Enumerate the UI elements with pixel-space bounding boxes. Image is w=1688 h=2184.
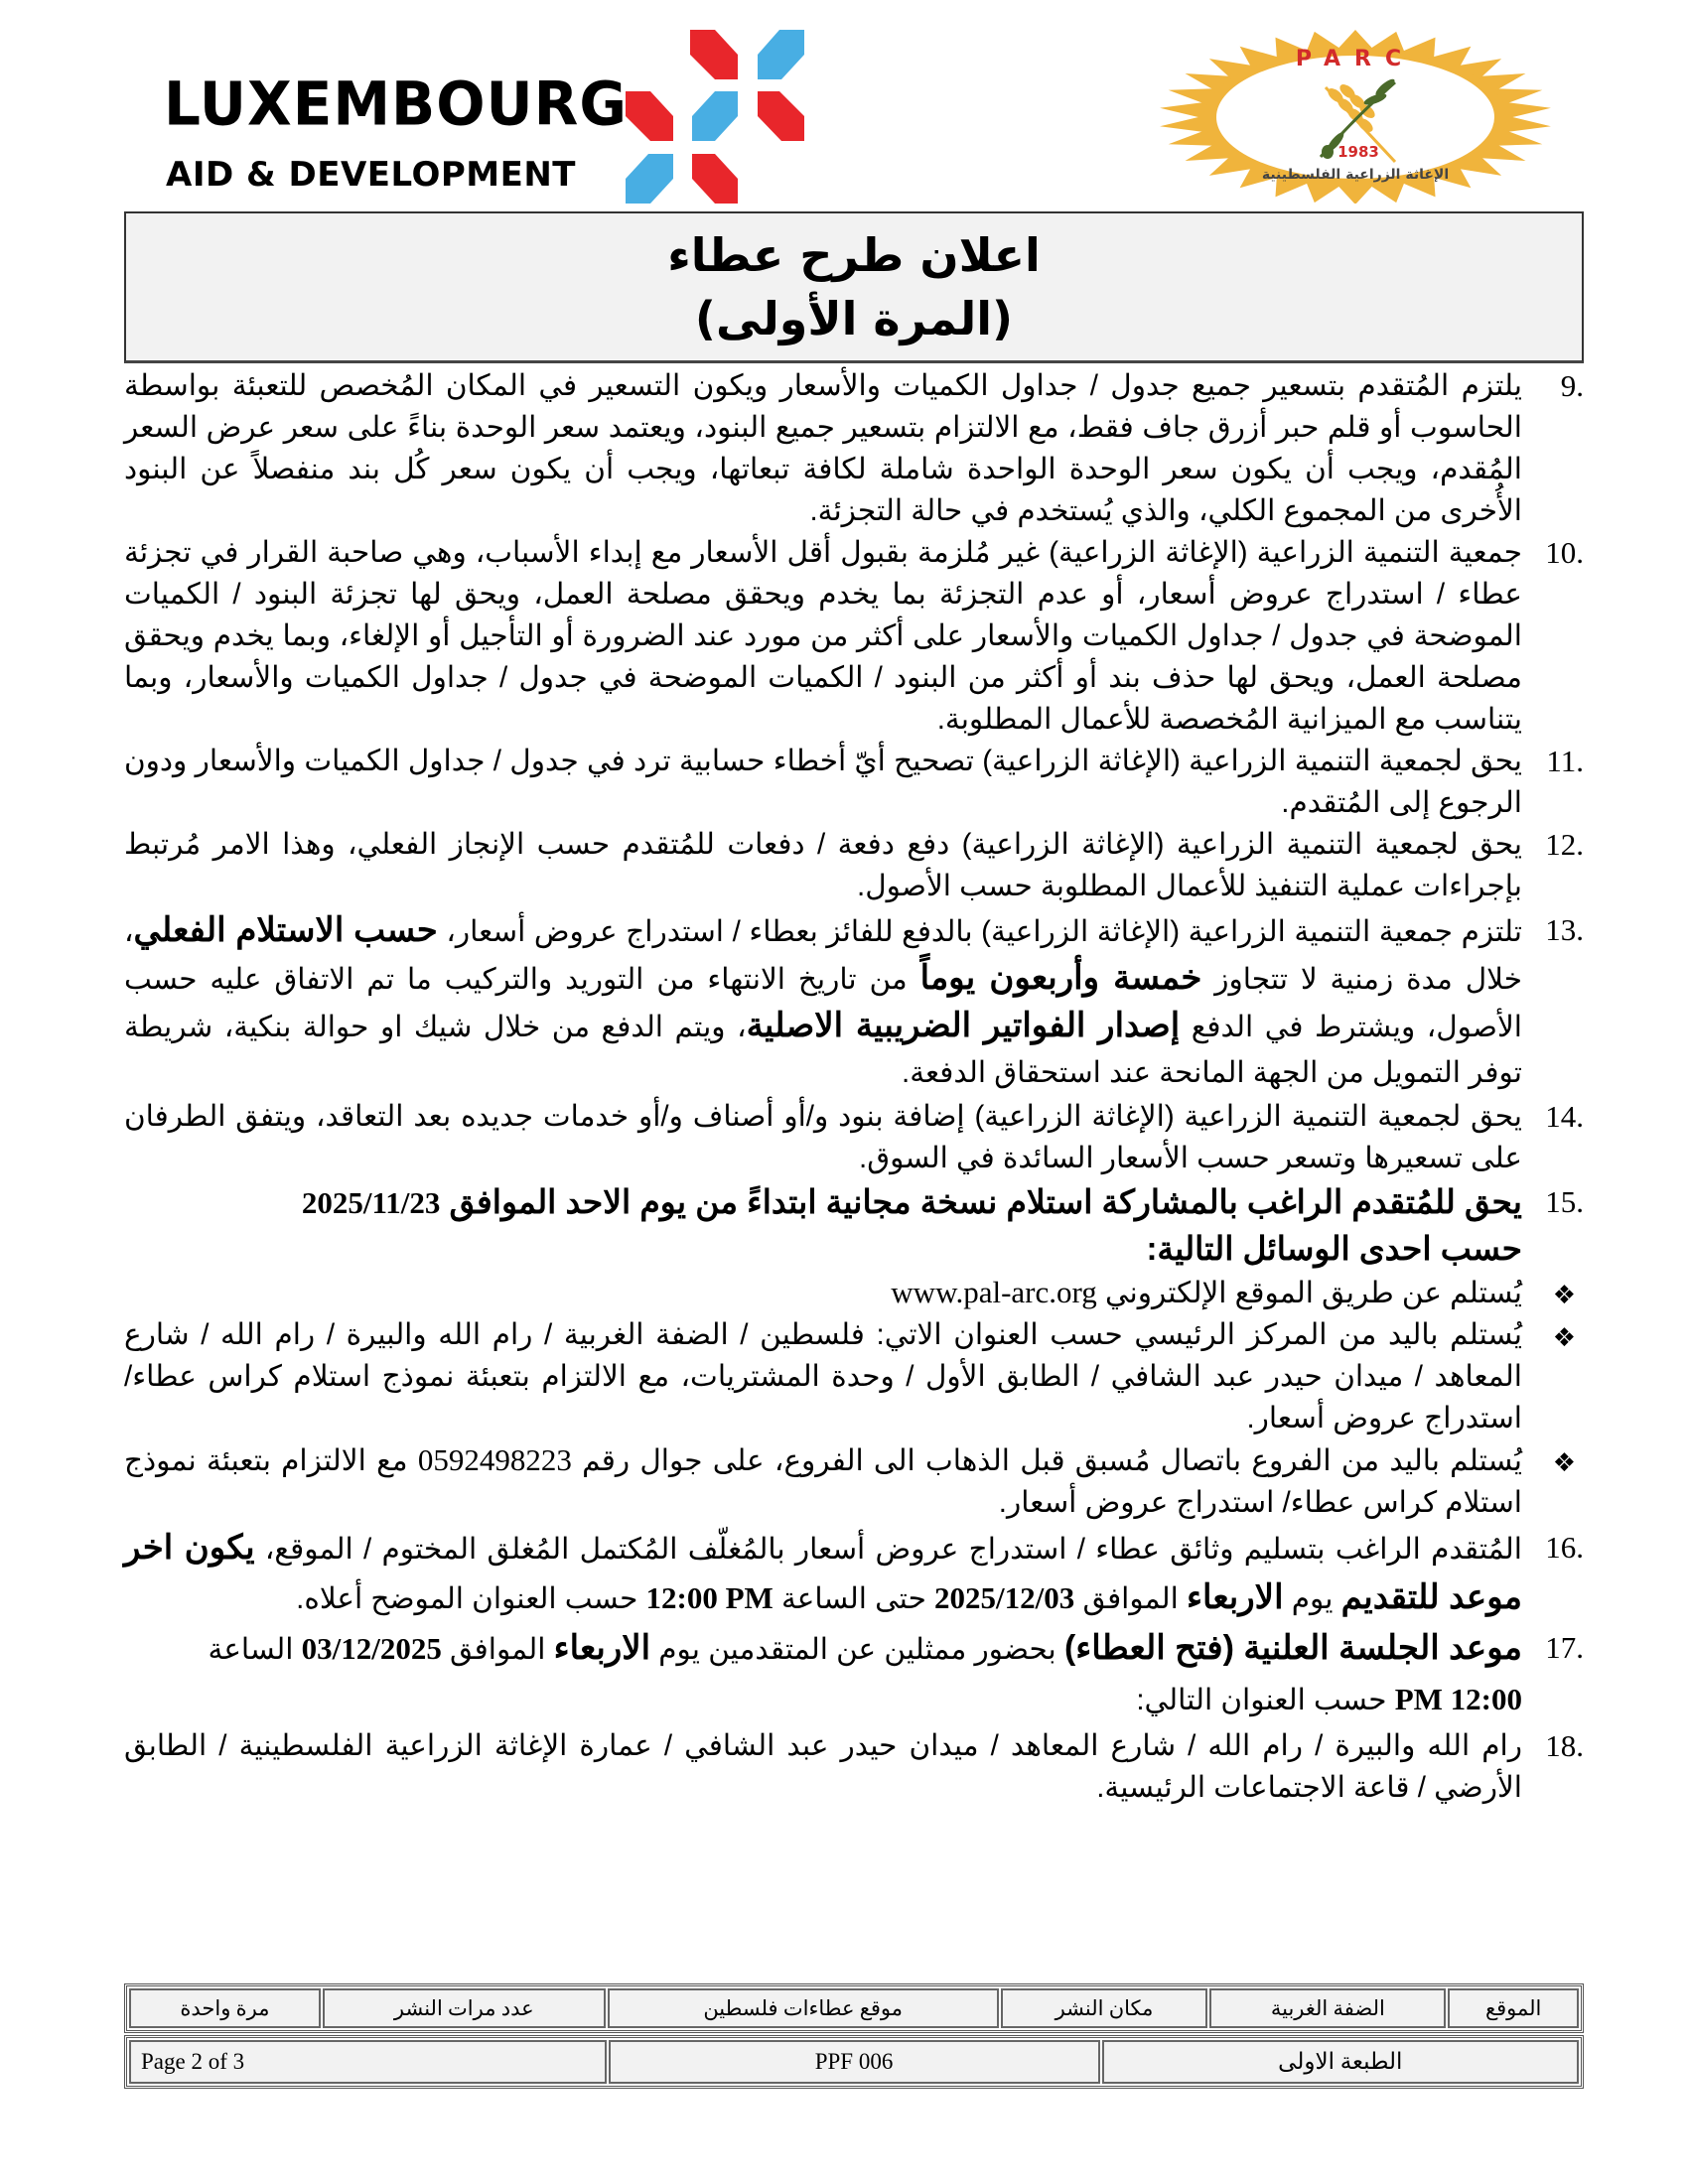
parc-logo: PARC 1983 الإغاثة الزراعية الفلسطينية	[1142, 30, 1569, 204]
bullet-item-branches: ❖ يُستلم باليد من الفروع باتصال مُسبق قب…	[124, 1439, 1584, 1524]
submission-deadline-date: 2025/12/03	[934, 1580, 1074, 1615]
item-text: رام الله والبيرة / رام الله / شارع المعا…	[124, 1725, 1522, 1809]
item-text: جمعية التنمية الزراعية (الإغاثة الزراعية…	[124, 532, 1522, 741]
luxembourg-x-mark-icon	[621, 20, 809, 208]
item-text: يحق للمُتقدم الراغب بالمشاركة استلام نسخ…	[124, 1179, 1522, 1272]
page-title: اعلان طرح عطاء	[126, 225, 1582, 285]
item-text: موعد الجلسة العلنية (فتح العطاء) بحضور م…	[124, 1623, 1522, 1725]
document-info-table: الطبعة الاولى PPF 006 Page 2 of 3	[124, 2035, 1584, 2089]
item-number: 14.	[1524, 1096, 1584, 1138]
item-number: 10.	[1524, 532, 1584, 574]
cell-publish-place-label: مكان النشر	[1001, 1988, 1208, 2028]
item-number: 13.	[1524, 907, 1584, 953]
item-number: 11.	[1524, 741, 1584, 782]
emphasis-public-session: موعد الجلسة العلنية (فتح العطاء)	[1064, 1629, 1522, 1667]
cell-location-label: الموقع	[1448, 1988, 1579, 2028]
item-number: 12.	[1524, 824, 1584, 866]
parc-sun-emblem-icon: PARC 1983 الإغاثة الزراعية الفلسطينية	[1142, 30, 1569, 204]
logo-subtitle: AID & DEVELOPMENT	[166, 155, 576, 195]
opening-time: PM 12:00	[1395, 1682, 1522, 1716]
luxembourg-aid-development-logo: LUXEMBOURG AID & DEVELOPMENT	[164, 71, 809, 201]
item-text: يحق لجمعية التنمية الزراعية (الإغاثة الز…	[124, 1096, 1522, 1179]
list-item-17: 17. موعد الجلسة العلنية (فتح العطاء) بحض…	[124, 1623, 1584, 1725]
list-item-12: 12. يحق لجمعية التنمية الزراعية (الإغاثة…	[124, 824, 1584, 907]
cell-publish-count-value: مرة واحدة	[129, 1988, 321, 2028]
list-item-18: 18. رام الله والبيرة / رام الله / شارع ا…	[124, 1725, 1584, 1809]
item-number: 17.	[1524, 1623, 1584, 1673]
parc-arabic-name: الإغاثة الزراعية الفلسطينية	[1262, 167, 1449, 183]
list-item-10: 10. جمعية التنمية الزراعية (الإغاثة الزر…	[124, 532, 1584, 741]
parc-year: 1983	[1337, 143, 1379, 161]
bullet-item-hand-delivery: ❖ يُستلم باليد من المركز الرئيسي حسب الع…	[124, 1314, 1584, 1439]
diamond-bullet-icon: ❖	[1536, 1274, 1576, 1315]
bullet-item-website: ❖ يُستلم عن طريق الموقع الإلكتروني www.p…	[124, 1272, 1584, 1314]
website-link[interactable]: www.pal-arc.org	[891, 1275, 1096, 1309]
item-number: 16.	[1524, 1524, 1584, 1571]
phone-number: 0592498223	[418, 1442, 572, 1477]
item-text: يحق لجمعية التنمية الزراعية (الإغاثة الز…	[124, 741, 1522, 824]
emphasis-payment-days: خمسة وأربعون يوماً	[920, 959, 1202, 997]
item-text: يحق لجمعية التنمية الزراعية (الإغاثة الز…	[124, 824, 1522, 907]
announcement-title-box: اعلان طرح عطاء (المرة الأولى)	[124, 211, 1584, 363]
logo-wordmark: LUXEMBOURG	[164, 71, 628, 136]
list-item-15: 15. يحق للمُتقدم الراغب بالمشاركة استلام…	[124, 1179, 1584, 1272]
list-item-14: 14. يحق لجمعية التنمية الزراعية (الإغاثة…	[124, 1096, 1584, 1179]
publication-info-table: الموقع الضفة الغربية مكان النشر موقع عطا…	[124, 1983, 1584, 2033]
parc-acronym: PARC	[1296, 47, 1415, 71]
terms-list: 9. يلتزم المُتقدم بتسعير جميع جدول / جدا…	[124, 365, 1584, 1809]
item-text: تلتزم جمعية التنمية الزراعية (الإغاثة ال…	[124, 907, 1522, 1096]
list-item-13: 13. تلتزم جمعية التنمية الزراعية (الإغاث…	[124, 907, 1584, 1096]
item-number: 9.	[1524, 365, 1584, 407]
item-text: يلتزم المُتقدم بتسعير جميع جدول / جداول …	[124, 365, 1522, 532]
page-subtitle: (المرة الأولى)	[126, 289, 1582, 348]
copy-start-date: 2025/11/23	[302, 1185, 441, 1220]
emphasis-tax-invoices: إصدار الفواتير الضريبية الاصلية	[747, 1007, 1181, 1044]
cell-publish-count-label: عدد مرات النشر	[323, 1988, 606, 2028]
list-item-9: 9. يلتزم المُتقدم بتسعير جميع جدول / جدا…	[124, 365, 1584, 532]
cell-publish-place-value: موقع عطاءات فلسطين	[608, 1988, 999, 2028]
item-number: 18.	[1524, 1725, 1584, 1767]
item-number: 15.	[1524, 1179, 1584, 1225]
item-text: المُتقدم الراغب بتسليم وثائق عطاء / استد…	[124, 1524, 1522, 1623]
cell-edition: الطبعة الاولى	[1102, 2040, 1579, 2084]
diamond-bullet-icon: ❖	[1536, 1316, 1576, 1358]
cell-location-value: الضفة الغربية	[1209, 1988, 1446, 2028]
list-item-16: 16. المُتقدم الراغب بتسليم وثائق عطاء / …	[124, 1524, 1584, 1623]
list-item-11: 11. يحق لجمعية التنمية الزراعية (الإغاثة…	[124, 741, 1584, 824]
diamond-bullet-icon: ❖	[1536, 1441, 1576, 1483]
cell-page-number: Page 2 of 3	[129, 2040, 607, 2084]
emphasis-actual-receipt: حسب الاستلام الفعلي	[134, 911, 438, 949]
cell-form-code: PPF 006	[609, 2040, 1100, 2084]
opening-date: 03/12/2025	[302, 1631, 442, 1666]
submission-deadline-time: 12:00 PM	[646, 1580, 774, 1615]
